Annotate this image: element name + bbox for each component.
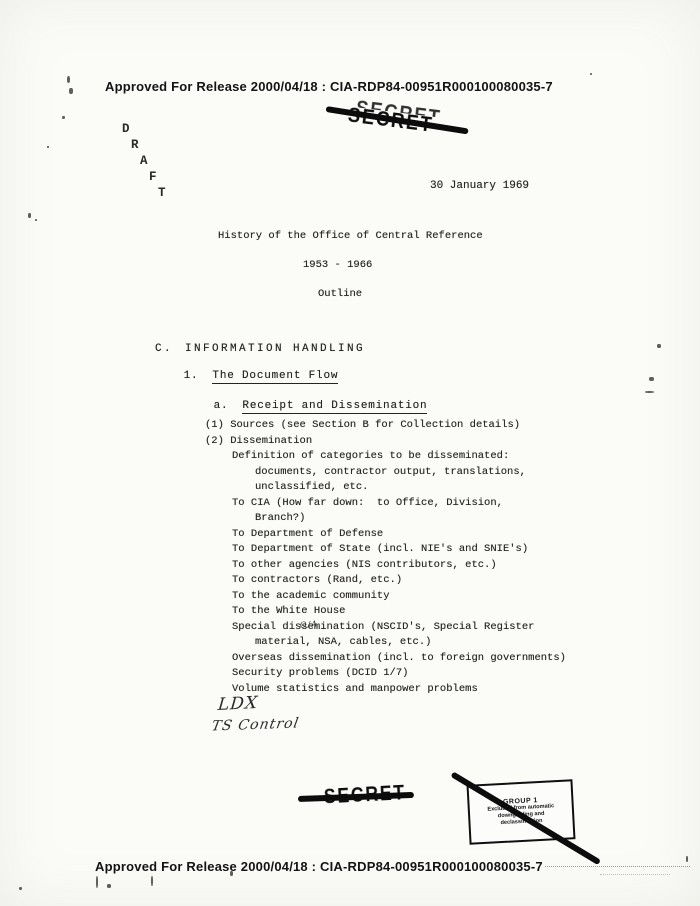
header-release-line: Approved For Release 2000/04/18 : CIA-RD… (105, 79, 553, 94)
scan-speck (649, 377, 654, 381)
handwritten-note-ldx: LDX (217, 693, 259, 715)
outline-line: To Department of Defense (205, 527, 566, 543)
outline-line: (2) Dissemination (205, 434, 566, 450)
outline-line: Definition of categories to be dissemina… (205, 449, 566, 465)
scan-speck (19, 887, 22, 890)
outline-line: (1) Sources (see Section B for Collectio… (205, 418, 566, 434)
scan-speck (107, 884, 111, 888)
outline-line: documents, contractor output, translatio… (205, 465, 566, 481)
draft-letter: T (158, 186, 166, 200)
handwritten-insert-note: O/A (300, 619, 319, 630)
scan-speck (151, 876, 153, 886)
outline-line: material, NSA, cables, etc.) (205, 635, 566, 651)
footer-release-line: Approved For Release 2000/04/18 : CIA-RD… (95, 859, 543, 874)
draft-letter: F (149, 170, 157, 184)
outline-line: Security problems (DCID 1/7) (205, 666, 566, 682)
section-title: INFORMATION HANDLING (185, 343, 365, 355)
scan-speck (590, 73, 592, 75)
scan-dotted-line (600, 874, 670, 875)
section-number: C. (155, 343, 173, 355)
document-page: Approved For Release 2000/04/18 : CIA-RD… (0, 0, 700, 906)
scan-speck (657, 344, 661, 348)
outline-line: To CIA (How far down: to Office, Divisio… (205, 496, 566, 512)
outline-line: To contractors (Rand, etc.) (205, 573, 566, 589)
handwritten-note-ts-control: TS Control (210, 715, 300, 734)
scan-speck (645, 391, 654, 393)
outline-line: To Department of State (incl. NIE's and … (205, 542, 566, 558)
scan-speck (69, 88, 73, 94)
scan-speck (28, 213, 31, 218)
scan-speck (686, 856, 688, 862)
scan-speck (96, 876, 98, 888)
scan-speck (35, 219, 37, 221)
scan-speck (62, 116, 65, 119)
outline-line: unclassified, etc. (205, 480, 566, 496)
outline-item-1-label: The Document Flow (212, 370, 338, 384)
draft-letter: R (131, 138, 139, 152)
outline-line: To the White House (205, 604, 566, 620)
document-date-range: 1953 - 1966 (303, 259, 372, 271)
document-subtitle: Outline (318, 288, 362, 300)
draft-letter: A (140, 154, 148, 168)
outline-line: To the academic community (205, 589, 566, 605)
outline-line: Overseas dissemination (incl. to foreign… (205, 651, 566, 667)
outline-line: Volume statistics and manpower problems (205, 682, 566, 698)
document-title: History of the Office of Central Referen… (218, 230, 483, 242)
date-line: 30 January 1969 (430, 180, 529, 192)
scan-speck (230, 871, 233, 876)
outline-line: Branch?) (205, 511, 566, 527)
outline-item-1a-label: Receipt and Dissemination (242, 400, 427, 414)
outline-line: To other agencies (NIS contributors, etc… (205, 558, 566, 574)
scan-speck (67, 76, 70, 83)
scan-dotted-line (545, 866, 690, 867)
draft-letter: D (122, 122, 130, 136)
outline-line: Special dissemination (NSCID's, Special … (205, 620, 566, 636)
outline-item-1a-number: a. (214, 400, 229, 412)
scan-speck (47, 146, 49, 148)
outline-item-1-number: 1. (184, 370, 199, 382)
outline-body: (1) Sources (see Section B for Collectio… (205, 418, 566, 697)
